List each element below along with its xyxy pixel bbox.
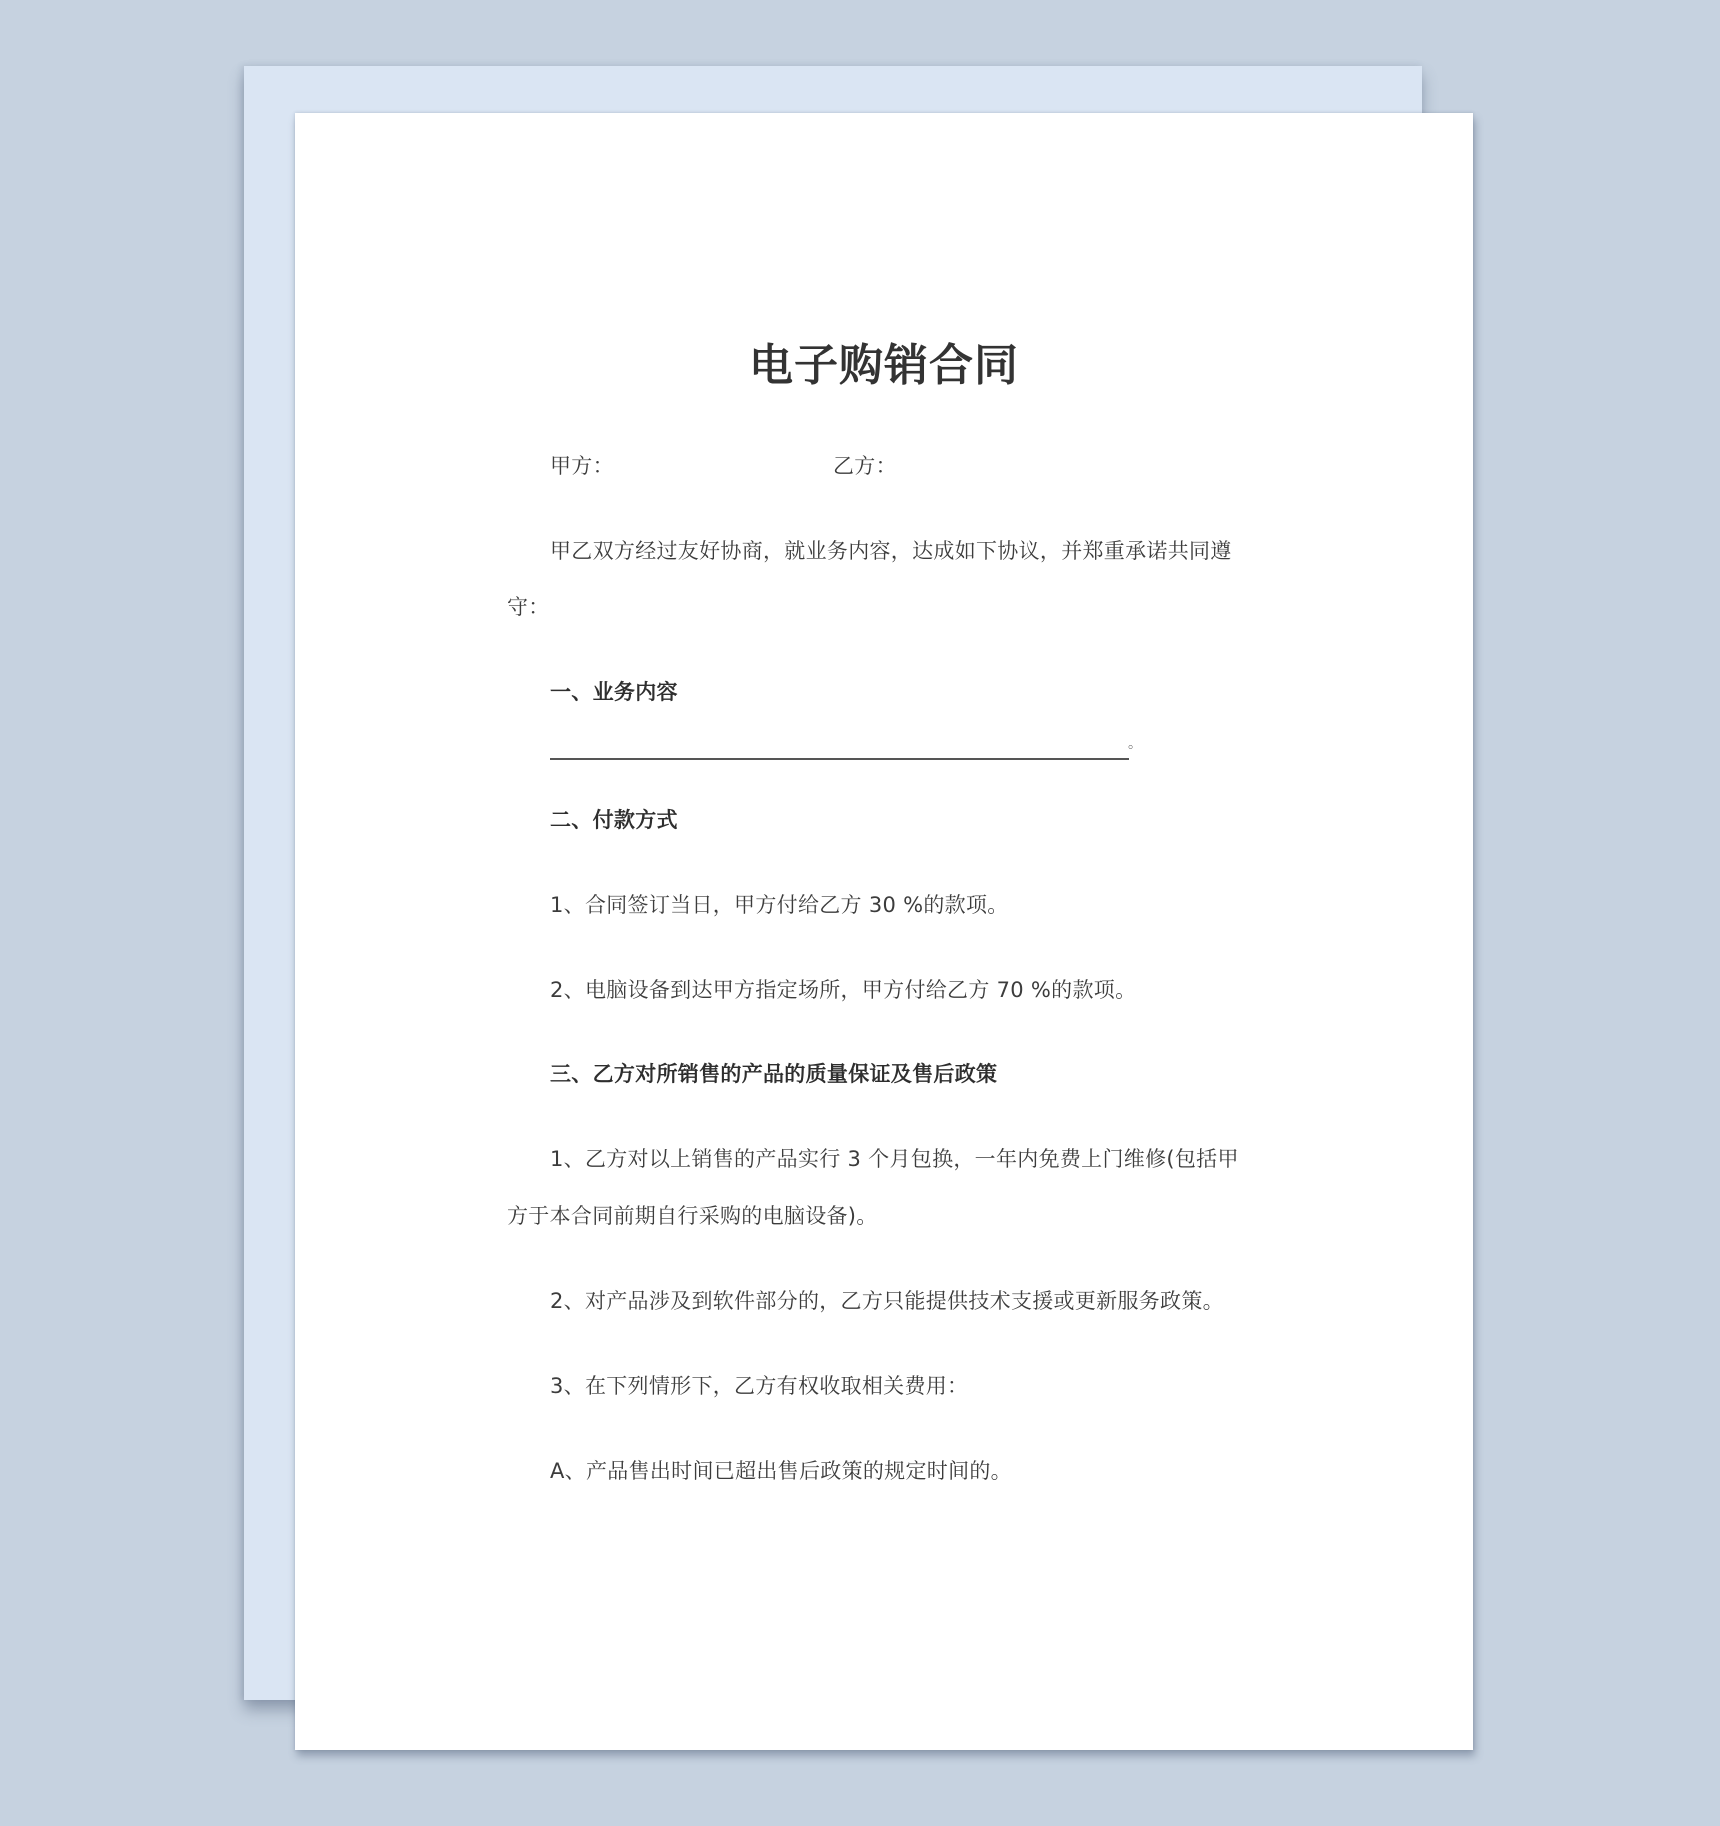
warranty-item-1-line-1: 1、乙方对以上销售的产品实行 3 个月包换，一年内免费上门维修(包括甲 [550, 1144, 1239, 1174]
payment-item-1: 1、合同签订当日，甲方付给乙方 30 %的款项。 [550, 890, 1009, 920]
section-1-heading: 一、业务内容 [550, 677, 678, 707]
party-b-label: 乙方： [833, 451, 897, 481]
payment-item-2: 2、电脑设备到达甲方指定场所，甲方付给乙方 70 %的款项。 [550, 975, 1136, 1005]
warranty-item-2: 2、对产品涉及到软件部分的，乙方只能提供技术支援或更新服务政策。 [550, 1286, 1224, 1316]
preamble-line-2: 守： [507, 592, 550, 622]
warranty-item-a: A、产品售出时间已超出售后政策的规定时间的。 [550, 1456, 1012, 1486]
document-page: 电子购销合同 甲方： 乙方： 甲乙双方经过友好协商，就业务内容，达成如下协议，并… [295, 113, 1473, 1750]
section-3-heading: 三、乙方对所销售的产品的质量保证及售后政策 [550, 1059, 997, 1089]
blank-field-period: 。 [1128, 734, 1142, 754]
document-title: 电子购销合同 [295, 341, 1473, 391]
warranty-item-3: 3、在下列情形下，乙方有权收取相关费用： [550, 1371, 968, 1401]
section-2-heading: 二、付款方式 [550, 805, 678, 835]
business-content-blank-field [550, 758, 1129, 760]
preamble-line-1: 甲乙双方经过友好协商，就业务内容，达成如下协议，并郑重承诺共同遵 [550, 536, 1232, 566]
party-a-label: 甲方： [550, 451, 614, 481]
warranty-item-1-line-2: 方于本合同前期自行采购的电脑设备)。 [507, 1201, 878, 1231]
